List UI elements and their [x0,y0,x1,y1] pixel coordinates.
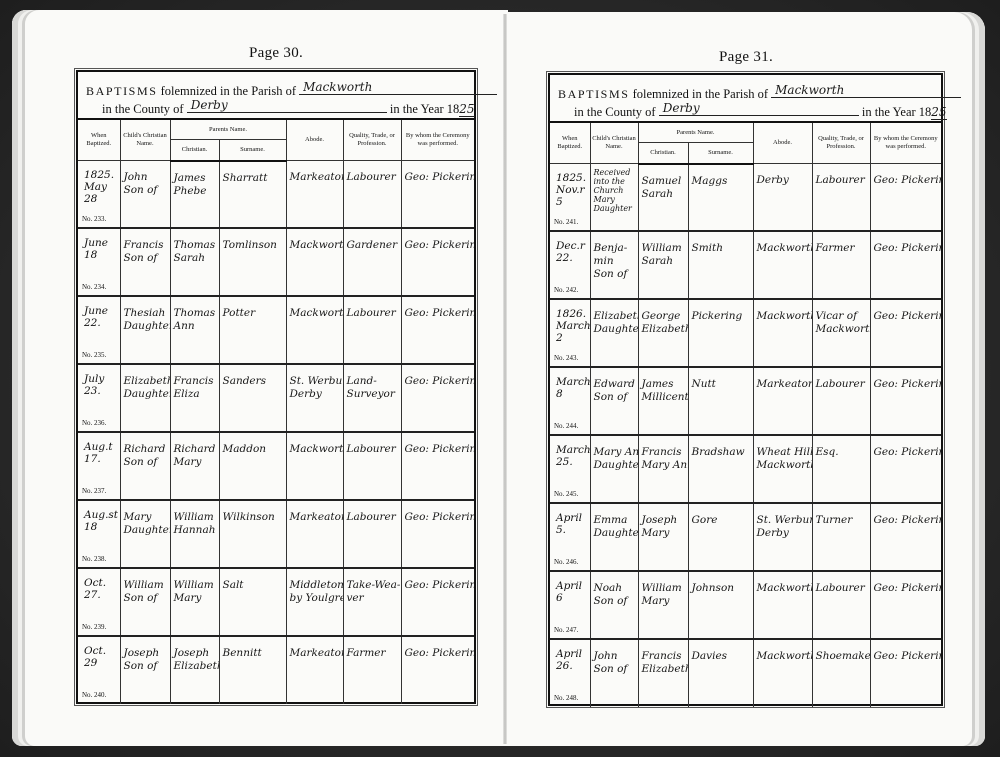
heading-baptisms: BAPTISMS [86,84,158,98]
header-by-whom: By whom the Ceremony was performed. [401,120,474,161]
cell-surname: Bradshaw [688,435,753,503]
cell-when-baptized: April 26.No. 248. [550,639,590,707]
header-parents-surname: Surname. [219,140,286,161]
cell-quality: Vicar ofMackworth [812,299,870,367]
baptism-entry-row: Oct. 27.No. 239.WilliamSon ofWilliamMary… [78,568,474,636]
cell-by-whom: Geo: Pickering [401,161,474,229]
baptism-date: 1825. Nov.r 5 [550,164,590,208]
baptism-entries-table: When Baptized.Child's Christian Name.Par… [78,120,474,704]
cell-by-whom-line: Geo: Pickering [874,174,940,187]
cell-when-baptized: Aug.t 17.No. 237. [78,432,120,500]
cell-child-name-line: Francis [124,239,168,252]
cell-quality: Labourer [343,161,401,229]
cell-child-name-line: William [124,579,168,592]
cell-child-name-line: Son of [124,456,168,469]
cell-parents-christian-line: William [642,582,686,595]
cell-quality-line: Labourer [347,511,399,524]
cell-parents-christian: WilliamSarah [638,231,688,299]
cell-parents-christian-line: Thomas [174,307,217,320]
cell-abode-line: Markeaton [290,511,341,524]
cell-abode: Middletonby Youlgreave [286,568,343,636]
cell-abode-line: St. Werburgh's [757,514,810,527]
cell-abode: Mackworth [286,432,343,500]
cell-quality: Take-Wea-ver [343,568,401,636]
cell-when-baptized: 1825. May 28No. 233. [78,161,120,229]
cell-when-baptized: Aug.st 18No. 238. [78,500,120,568]
year-field: 25 [931,105,947,120]
cell-parents-christian: GeorgeElizabeth [638,299,688,367]
cell-by-whom: Geo: Pickering [870,639,941,707]
cell-when-baptized: 1826. March 2No. 243. [550,299,590,367]
cell-quality-line: Labourer [347,171,399,184]
cell-quality-line: Labourer [816,378,868,391]
parish-field: Mackworth [771,83,961,98]
cell-quality-line: Surveyor [347,388,399,401]
header-by-whom: By whom the Ceremony was performed. [870,123,941,164]
baptism-entry-row: March 25.No. 245.Mary AnnDaughter ofFran… [550,435,941,503]
cell-abode: Derby [753,164,812,232]
cell-surname: Gore [688,503,753,571]
baptism-date: June 18 [78,229,120,261]
cell-parents-christian: WilliamHannah [170,500,219,568]
entry-number: No. 233. [82,215,106,223]
cell-child-name-line: Son of [124,592,168,605]
entry-number: No. 243. [554,354,578,362]
cell-surname: Nutt [688,367,753,435]
page-number: Page 31. [719,49,773,66]
cell-surname: Wilkinson [219,500,286,568]
cell-abode-line: Mackworth [757,310,810,323]
cell-child-name-line: John [594,650,636,663]
cell-child-name: JosephSon of [120,636,170,704]
cell-quality: Labourer [812,164,870,232]
cell-parents-christian-line: Mary [642,527,686,540]
cell-child-name-line: Son of [124,252,168,265]
cell-by-whom: Geo: Pickering [401,296,474,364]
cell-child-name-line: Daughter of [594,323,636,336]
cell-abode-line: Mackworth [290,307,341,320]
baptism-date: 1825. May 28 [78,161,120,205]
cell-child-name-line: Son of [594,391,636,404]
cell-quality: Turner [812,503,870,571]
cell-parents-christian: RichardMary [170,432,219,500]
cell-child-name-line: Son of [594,595,636,608]
cell-child-name: Benja-minSon of [590,231,638,299]
cell-quality-line: Labourer [347,443,399,456]
cell-child-name-line: Mary [594,195,636,204]
column-header-row: When Baptized.Child's Christian Name.Par… [550,123,941,143]
cell-parents-christian-line: Samuel [642,175,686,188]
header-quality-trade: Quality, Trade, or Profession. [343,120,401,161]
cell-parents-christian-line: Eliza [174,388,217,401]
baptism-date: July 23. [78,365,120,397]
header-when-baptized: When Baptized. [550,123,590,164]
year-field: 25 [459,102,475,117]
cell-by-whom: Geo: Pickering [401,636,474,704]
cell-child-name-line: Son of [594,268,636,281]
cell-surname-line: Davies [692,650,751,663]
cell-when-baptized: Oct. 27.No. 239. [78,568,120,636]
cell-quality: Gardener [343,228,401,296]
baptism-entry-row: Oct. 29No. 240.JosephSon ofJosephElizabe… [78,636,474,704]
baptism-date: June 22. [78,297,120,329]
cell-parents-christian-line: Joseph [174,647,217,660]
baptism-entry-row: Aug.st 18No. 238.MaryDaughter ofWilliamH… [78,500,474,568]
cell-parents-christian-line: William [174,511,217,524]
cell-child-name-line: Benja- [594,242,636,255]
cell-when-baptized: 1825. Nov.r 5No. 241. [550,164,590,232]
cell-surname: Tomlinson [219,228,286,296]
cell-surname-line: Maddon [223,443,284,456]
cell-child-name: Receivedinto theChurchMaryDaughter [590,164,638,232]
baptism-entry-row: April 5.No. 246.EmmaDaughter ofJosephMar… [550,503,941,571]
cell-child-name: EdwardSon of [590,367,638,435]
cell-parents-christian-line: Hannah [174,524,217,537]
cell-by-whom: Geo: Pickering [870,231,941,299]
heading-text: folemnized in the Parish of [633,87,768,101]
cell-child-name-line: Elizabeth [124,375,168,388]
baptism-date: 1826. March 2 [550,300,590,344]
entry-number: No. 234. [82,283,106,291]
cell-by-whom-line: Geo: Pickering [874,514,940,527]
baptism-date: Aug.st 18 [78,501,120,533]
cell-child-name: EmmaDaughter of [590,503,638,571]
cell-by-whom-line: Geo: Pickering [874,650,940,663]
cell-child-name-line: Daughter [594,204,636,213]
cell-quality-line: Land- [347,375,399,388]
cell-surname-line: Nutt [692,378,751,391]
cell-parents-christian-line: Millicent [642,391,686,404]
baptism-date: Oct. 29 [78,637,120,669]
cell-abode: Markeaton [286,161,343,229]
cell-surname-line: Johnson [692,582,751,595]
cell-abode-line: Derby [757,174,810,187]
cell-child-name-line: Church [594,186,636,195]
cell-abode: Mackworth [286,228,343,296]
cell-abode: Mackworth [753,571,812,639]
cell-child-name: NoahSon of [590,571,638,639]
entry-number: No. 246. [554,558,578,566]
cell-when-baptized: March 25.No. 245. [550,435,590,503]
cell-abode: Mackworth [753,639,812,707]
cell-when-baptized: June 18No. 234. [78,228,120,296]
county-label: in the County of [574,105,656,119]
entry-number: No. 238. [82,555,106,563]
cell-child-name: RichardSon of [120,432,170,500]
cell-when-baptized: Oct. 29No. 240. [78,636,120,704]
baptism-entries-table: When Baptized.Child's Christian Name.Par… [550,123,941,707]
baptism-date: March 8 [550,368,590,400]
book-gutter [503,14,507,744]
cell-child-name-line: Emma [594,514,636,527]
cell-parents-christian-line: Elizabeth [642,663,686,676]
cell-by-whom-line: Geo: Pickering [405,239,473,252]
baptism-entry-row: Dec.r 22.No. 242.Benja-minSon ofWilliamS… [550,231,941,299]
cell-parents-christian-line: Mary [174,592,217,605]
cell-parents-christian-line: Elizabeth [642,323,686,336]
cell-quality-line: Take-Wea- [347,579,399,592]
cell-by-whom-line: Geo: Pickering [405,579,473,592]
cell-by-whom: Geo: Pickering [870,503,941,571]
cell-child-name: WilliamSon of [120,568,170,636]
cell-parents-christian-line: William [174,579,217,592]
cell-abode-line: Markeaton [757,378,810,391]
page-number: Page 30. [249,45,303,62]
cell-surname-line: Tomlinson [223,239,284,252]
cell-surname: Salt [219,568,286,636]
heading-baptisms: BAPTISMS [558,87,630,101]
cell-by-whom-line: Geo: Pickering [405,375,473,388]
register-heading: BAPTISMS folemnized in the Parish of Mac… [78,72,474,120]
cell-by-whom-line: Geo: Pickering [874,242,940,255]
cell-surname-line: Smith [692,242,751,255]
cell-when-baptized: July 23.No. 236. [78,364,120,432]
cell-parents-christian-line: Ann [174,320,217,333]
cell-parents-christian-line: Sarah [642,255,686,268]
entry-number: No. 236. [82,419,106,427]
cell-child-name: MaryDaughter of [120,500,170,568]
cell-surname-line: Gore [692,514,751,527]
cell-quality: Esq. [812,435,870,503]
cell-parents-christian-line: Sarah [642,188,686,201]
cell-abode: St. Werburgh'sDerby [753,503,812,571]
cell-surname-line: Potter [223,307,284,320]
cell-parents-christian: WilliamMary [638,571,688,639]
cell-surname: Johnson [688,571,753,639]
cell-surname-line: Sharratt [223,172,284,185]
entry-number: No. 239. [82,623,106,631]
header-abode: Abode. [753,123,812,164]
cell-by-whom-line: Geo: Pickering [405,511,473,524]
cell-abode-line: Markeaton [290,171,341,184]
cell-child-name-line: Received [594,168,636,177]
cell-parents-christian: JamesMillicent [638,367,688,435]
column-header-row: When Baptized.Child's Christian Name.Par… [78,120,474,140]
cell-abode-line: Mackworth [290,443,341,456]
cell-parents-christian: ThomasAnn [170,296,219,364]
cell-child-name: JohnSon of [120,161,170,229]
cell-child-name-line: Elizabeth [594,310,636,323]
baptism-date: April 6 [550,572,590,604]
baptism-entry-row: July 23.No. 236.ElizabethDaughter ofFran… [78,364,474,432]
cell-surname: Pickering [688,299,753,367]
register-table-page-31: BAPTISMS folemnized in the Parish of Mac… [548,73,943,706]
cell-parents-christian-line: Richard [174,443,217,456]
cell-child-name-line: Son of [594,663,636,676]
cell-by-whom: Geo: Pickering [401,500,474,568]
cell-abode: Mackworth [753,231,812,299]
cell-quality: Labourer [812,367,870,435]
cell-abode-line: Mackworth [290,239,341,252]
heading-text: folemnized in the Parish of [161,84,296,98]
cell-by-whom-line: Geo: Pickering [874,446,940,459]
cell-abode: Markeaton [286,500,343,568]
cell-when-baptized: Dec.r 22.No. 242. [550,231,590,299]
entry-number: No. 248. [554,694,578,702]
cell-quality-line: Mackworth [816,323,868,336]
baptism-date: Aug.t 17. [78,433,120,465]
cell-when-baptized: March 8No. 244. [550,367,590,435]
header-parents-name: Parents Name. [638,123,753,143]
cell-parents-christian-line: Mary [642,595,686,608]
cell-surname: Sanders [219,364,286,432]
cell-quality: Labourer [343,432,401,500]
cell-child-name: FrancisSon of [120,228,170,296]
cell-parents-christian: JosephElizabeth [170,636,219,704]
cell-parents-christian: FrancisEliza [170,364,219,432]
cell-child-name-line: Mary [124,511,168,524]
cell-parents-christian-line: Joseph [642,514,686,527]
cell-by-whom: Geo: Pickering [870,164,941,232]
cell-quality-line: Shoemaker [816,650,868,663]
cell-quality-line: Labourer [816,582,868,595]
header-child-name: Child's Christian Name. [590,123,638,164]
cell-child-name-line: Son of [124,184,168,197]
cell-abode-line: Mackworth [757,582,810,595]
baptism-entry-row: June 18No. 234.FrancisSon ofThomasSarahT… [78,228,474,296]
cell-quality: Labourer [812,571,870,639]
cell-when-baptized: April 5.No. 246. [550,503,590,571]
cell-when-baptized: June 22.No. 235. [78,296,120,364]
cell-child-name: Mary AnnDaughter of [590,435,638,503]
baptism-date: March 25. [550,436,590,468]
cell-quality: Labourer [343,500,401,568]
baptism-entry-row: April 6No. 247.NoahSon ofWilliamMaryJohn… [550,571,941,639]
cell-child-name-line: Daughter of [124,320,168,333]
entry-number: No. 245. [554,490,578,498]
cell-quality-line: Gardener [347,239,399,252]
baptism-entry-row: 1826. March 2No. 243.ElizabethDaughter o… [550,299,941,367]
cell-child-name-line: Richard [124,443,168,456]
cell-by-whom-line: Geo: Pickering [405,647,473,660]
county-label: in the County of [102,102,184,116]
cell-surname: Davies [688,639,753,707]
cell-parents-christian-line: Francis [642,650,686,663]
cell-abode-line: by Youlgreave [290,592,341,605]
cell-child-name: ElizabethDaughter of [120,364,170,432]
cell-child-name-line: Edward [594,378,636,391]
header-parents-name: Parents Name. [170,120,286,140]
entry-number: No. 237. [82,487,106,495]
cell-parents-christian: FrancisMary Ann [638,435,688,503]
cell-parents-christian: JosephMary [638,503,688,571]
baptism-entry-row: June 22.No. 235.ThesiahDaughter ofThomas… [78,296,474,364]
entry-number: No. 242. [554,286,578,294]
cell-child-name-line: Son of [124,660,168,673]
baptism-entry-row: 1825. May 28No. 233.JohnSon ofJamesPhebe… [78,161,474,229]
baptism-entry-row: 1825. Nov.r 5No. 241.Receivedinto theChu… [550,164,941,232]
header-parents-christian: Christian. [170,140,219,161]
cell-abode: Markeaton [286,636,343,704]
cell-child-name-line: Mary Ann [594,446,636,459]
baptism-entry-row: April 26.No. 248.JohnSon ofFrancisElizab… [550,639,941,707]
baptism-date: Dec.r 22. [550,232,590,264]
cell-parents-christian: WilliamMary [170,568,219,636]
cell-parents-christian-line: Thomas [174,239,217,252]
header-child-name: Child's Christian Name. [120,120,170,161]
cell-child-name-line: Daughter of [124,524,168,537]
baptism-entry-row: Aug.t 17.No. 237.RichardSon ofRichardMar… [78,432,474,500]
cell-parents-christian-line: James [174,172,217,185]
cell-surname-line: Maggs [692,175,751,188]
cell-abode: Wheat HillMackworth [753,435,812,503]
header-parents-christian: Christian. [638,143,688,164]
cell-by-whom-line: Geo: Pickering [874,378,940,391]
cell-abode-line: Markeaton [290,647,341,660]
baptism-date: Oct. 27. [78,569,120,601]
cell-by-whom: Geo: Pickering [401,228,474,296]
cell-child-name-line: Thesiah [124,307,168,320]
cell-parents-christian: FrancisElizabeth [638,639,688,707]
cell-child-name-line: Daughter of [124,388,168,401]
year-label: in the Year 18 [390,102,459,116]
cell-by-whom-line: Geo: Pickering [874,310,940,323]
cell-surname-line: Wilkinson [223,511,284,524]
cell-child-name: JohnSon of [590,639,638,707]
cell-surname-line: Bennitt [223,647,284,660]
cell-child-name: ElizabethDaughter of [590,299,638,367]
entry-number: No. 241. [554,218,578,226]
cell-abode-line: Derby [757,527,810,540]
cell-abode-line: St. Werburgh's [290,375,341,388]
county-field: Derby [659,101,859,116]
cell-abode: Mackworth [286,296,343,364]
cell-quality-line: Labourer [347,307,399,320]
cell-by-whom: Geo: Pickering [870,367,941,435]
cell-parents-christian-line: Elizabeth [174,660,217,673]
register-heading: BAPTISMS folemnized in the Parish of Mac… [550,75,941,123]
year-label: in the Year 18 [862,105,931,119]
cell-child-name-line: Daughter of [594,459,636,472]
entry-number: No. 247. [554,626,578,634]
cell-child-name-line: Joseph [124,647,168,660]
cell-parents-christian: ThomasSarah [170,228,219,296]
cell-by-whom: Geo: Pickering [401,432,474,500]
cell-quality-line: Labourer [816,174,868,187]
cell-surname: Smith [688,231,753,299]
cell-by-whom-line: Geo: Pickering [405,307,473,320]
cell-parents-christian-line: Francis [174,375,217,388]
header-abode: Abode. [286,120,343,161]
baptism-date: April 26. [550,640,590,672]
cell-by-whom: Geo: Pickering [401,568,474,636]
cell-quality-line: Turner [816,514,868,527]
cell-surname-line: Salt [223,579,284,592]
cell-parents-christian-line: Phebe [174,185,217,198]
cell-parents-christian-line: Mary [174,456,217,469]
cell-abode-line: Derby [290,388,341,401]
cell-surname: Sharratt [219,161,286,229]
entry-number: No. 235. [82,351,106,359]
baptism-entry-row: March 8No. 244.EdwardSon ofJamesMillicen… [550,367,941,435]
cell-quality-line: Esq. [816,446,868,459]
cell-quality: Shoemaker [812,639,870,707]
cell-abode-line: Middleton [290,579,341,592]
cell-child-name: ThesiahDaughter of [120,296,170,364]
header-quality-trade: Quality, Trade, or Profession. [812,123,870,164]
cell-parents-christian: JamesPhebe [170,161,219,229]
cell-parents-christian-line: James [642,378,686,391]
cell-surname-line: Bradshaw [692,446,751,459]
cell-quality-line: Vicar of [816,310,868,323]
cell-abode: St. Werburgh'sDerby [286,364,343,432]
cell-when-baptized: April 6No. 247. [550,571,590,639]
cell-abode-line: Mackworth [757,459,810,472]
cell-by-whom-line: Geo: Pickering [874,582,940,595]
cell-child-name-line: John [124,171,168,184]
entry-number: No. 240. [82,691,106,699]
cell-by-whom-line: Geo: Pickering [405,171,473,184]
